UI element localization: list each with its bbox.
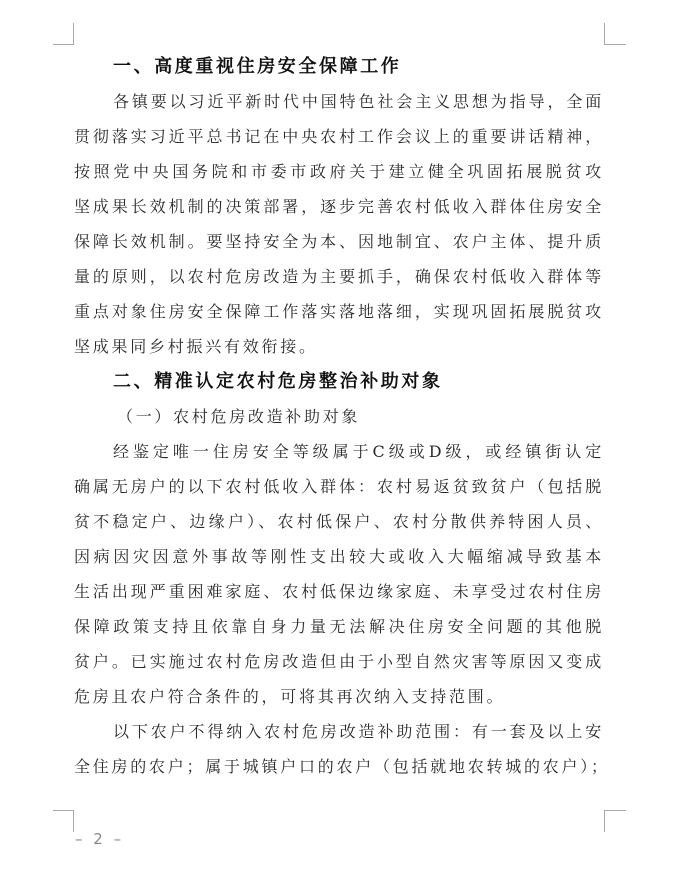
document-page: 一、高度重视住房安全保障工作 各镇要以习近平新时代中国特色社会主义思想为指导，全… <box>74 54 604 789</box>
section-heading-2: 二、精准认定农村危房整治补助对象 <box>74 369 604 404</box>
paragraph-line: 以下农户不得纳入农村危房改造补助范围：有一套及以上安 <box>74 719 604 754</box>
paragraph-3: 以下农户不得纳入农村危房改造补助范围：有一套及以上安 全住房的农户；属于城镇户口… <box>74 719 604 789</box>
paragraph-line: 保障长效机制。要坚持安全为本、因地制宜、农户主体、提升质 <box>74 229 604 264</box>
paragraph-line: 贫户。已实施过农村危房改造但由于小型自然灾害等原因又变成 <box>74 649 604 684</box>
paragraph-line: 全住房的农户；属于城镇户口的农户（包括就地农转城的农户）； <box>74 754 604 789</box>
paragraph-line: 经鉴定唯一住房安全等级属于C级或D级，或经镇街认定 <box>74 439 604 474</box>
paragraph-line: 量的原则，以农村危房改造为主要抓手，确保农村低收入群体等 <box>74 264 604 299</box>
paragraph-line: 生活出现严重困难家庭、农村低保边缘家庭、未享受过农村住房 <box>74 579 604 614</box>
page-number: – 2 – <box>75 830 124 848</box>
paragraph-line: 按照党中央国务院和市委市政府关于建立健全巩固拓展脱贫攻 <box>74 159 604 194</box>
crop-mark-top-left <box>53 23 74 45</box>
paragraph-line: 贫不稳定户、边缘户）、农村低保户、农村分散供养特困人员、 <box>74 509 604 544</box>
paragraph-line: 坚成果同乡村振兴有效衔接。 <box>74 334 604 369</box>
paragraph-line: 贯彻落实习近平总书记在中央农村工作会议上的重要讲话精神， <box>74 124 604 159</box>
crop-mark-bottom-left <box>53 810 74 832</box>
paragraph-line: 危房且农户符合条件的，可将其再次纳入支持范围。 <box>74 684 604 719</box>
paragraph-line: 保障政策支持且依靠自身力量无法解决住房安全问题的其他脱 <box>74 614 604 649</box>
section-heading-1: 一、高度重视住房安全保障工作 <box>74 54 604 89</box>
paragraph-2: 经鉴定唯一住房安全等级属于C级或D级，或经镇街认定 确属无房户的以下农村低收入群… <box>74 439 604 719</box>
paragraph-1: 各镇要以习近平新时代中国特色社会主义思想为指导，全面 贯彻落实习近平总书记在中央… <box>74 89 604 369</box>
crop-mark-bottom-right <box>604 810 626 832</box>
subsection-heading: （一）农村危房改造补助对象 <box>74 404 604 439</box>
paragraph-line: 各镇要以习近平新时代中国特色社会主义思想为指导，全面 <box>74 89 604 124</box>
paragraph-line: 重点对象住房安全保障工作落实落地落细，实现巩固拓展脱贫攻 <box>74 299 604 334</box>
paragraph-line: 确属无房户的以下农村低收入群体：农村易返贫致贫户（包括脱 <box>74 474 604 509</box>
paragraph-line: 坚成果长效机制的决策部署，逐步完善农村低收入群体住房安全 <box>74 194 604 229</box>
paragraph-line: 因病因灾因意外事故等刚性支出较大或收入大幅缩减导致基本 <box>74 544 604 579</box>
crop-mark-top-right <box>604 23 626 45</box>
